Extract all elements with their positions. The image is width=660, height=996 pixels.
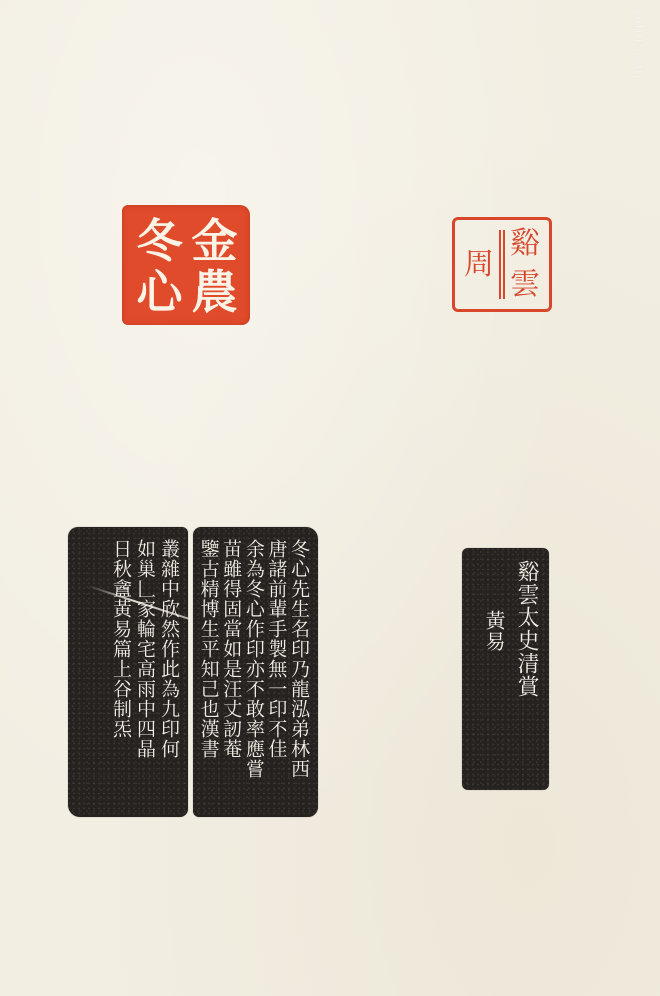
inscription-column: 余為冬心作印亦不敢率應嘗 [244,539,265,809]
paper-background [0,0,660,996]
rubbing-columns: 谿雲太史清賞 黃易 [462,548,549,790]
rubbing-inscription-middle: 冬心先生名印乃龍泓弟林西 唐諸前輩手製無一印不佳 余為冬心作印亦不敢率應嘗 苗雖… [193,527,318,817]
inscription-column: 日秋盦黃易篇上谷制炁 [110,539,132,809]
inscription-column: 苗雖得固當如是汪丈訒菴 [222,539,243,809]
seal-char: 金 [187,215,242,266]
seal-char: 心 [132,266,187,317]
rubbing-inscription-left: 叢雜中欣然作此為九印何 如巢𠃊家輪宅高雨中四晶 日秋盦黃易篇上谷制炁 [68,527,188,817]
seal-char: 雲 [510,270,540,300]
rubbing-columns: 叢雜中欣然作此為九印何 如巢𠃊家輪宅高雨中四晶 日秋盦黃易篇上谷制炁 [68,527,188,817]
seal-zhuwen: 周 谿 雲 [452,217,552,312]
watermark: sohu.com [631,8,646,79]
inscription-column: 叢雜中欣然作此為九印何 [158,539,180,809]
inscription-column: 鑒古精博生平知己也漢書 [199,539,220,809]
inscription-column: 冬心先生名印乃龍泓弟林西 [289,539,310,809]
seal-char: 周 [464,250,494,280]
seal-char: 谿 [510,229,540,259]
inscription-column: 如巢𠃊家輪宅高雨中四晶 [134,539,156,809]
seal-char: 農 [187,266,242,317]
dedication-column: 谿雲太史清賞 [513,560,539,778]
seal-left-column: 周 [459,224,499,305]
signature-column: 黃易 [483,610,505,778]
seal-right-column: 谿 雲 [505,224,545,305]
seal-baiwen: 冬 金 心 農 [122,205,250,325]
rubbing-columns: 冬心先生名印乃龍泓弟林西 唐諸前輩手製無一印不佳 余為冬心作印亦不敢率應嘗 苗雖… [193,527,318,817]
rubbing-inscription-right: 谿雲太史清賞 黃易 [462,548,549,790]
inscription-column: 唐諸前輩手製無一印不佳 [267,539,288,809]
seal-char: 冬 [132,215,187,266]
